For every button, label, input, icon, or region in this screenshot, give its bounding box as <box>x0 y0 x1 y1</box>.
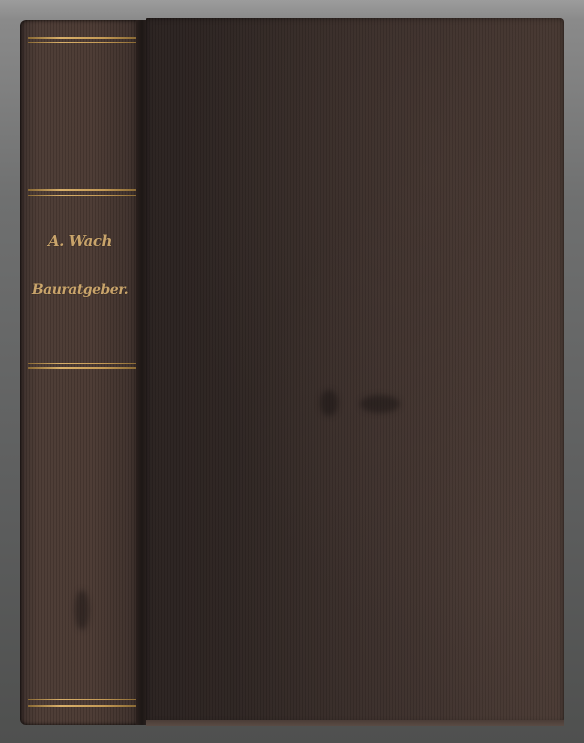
gilt-band-lower-line2 <box>28 367 136 369</box>
gilt-band-top-line2 <box>28 42 136 43</box>
cover-stain <box>360 395 400 413</box>
gilt-band-lower <box>28 363 136 364</box>
cover-edge <box>146 720 564 726</box>
book-front-cover <box>146 18 564 723</box>
cover-stain <box>320 390 338 416</box>
gilt-band-bottom-line2 <box>28 705 136 707</box>
book: A. Wach Bauratgeber. <box>0 0 584 743</box>
spine-author: A. Wach <box>24 232 136 250</box>
gilt-band-bottom <box>28 699 136 700</box>
spine-title: Bauratgeber. <box>24 282 136 298</box>
gilt-band-upper <box>28 189 136 191</box>
gilt-band-upper-line2 <box>28 195 136 196</box>
gilt-band-top <box>28 37 136 39</box>
spine-stain <box>75 590 89 630</box>
